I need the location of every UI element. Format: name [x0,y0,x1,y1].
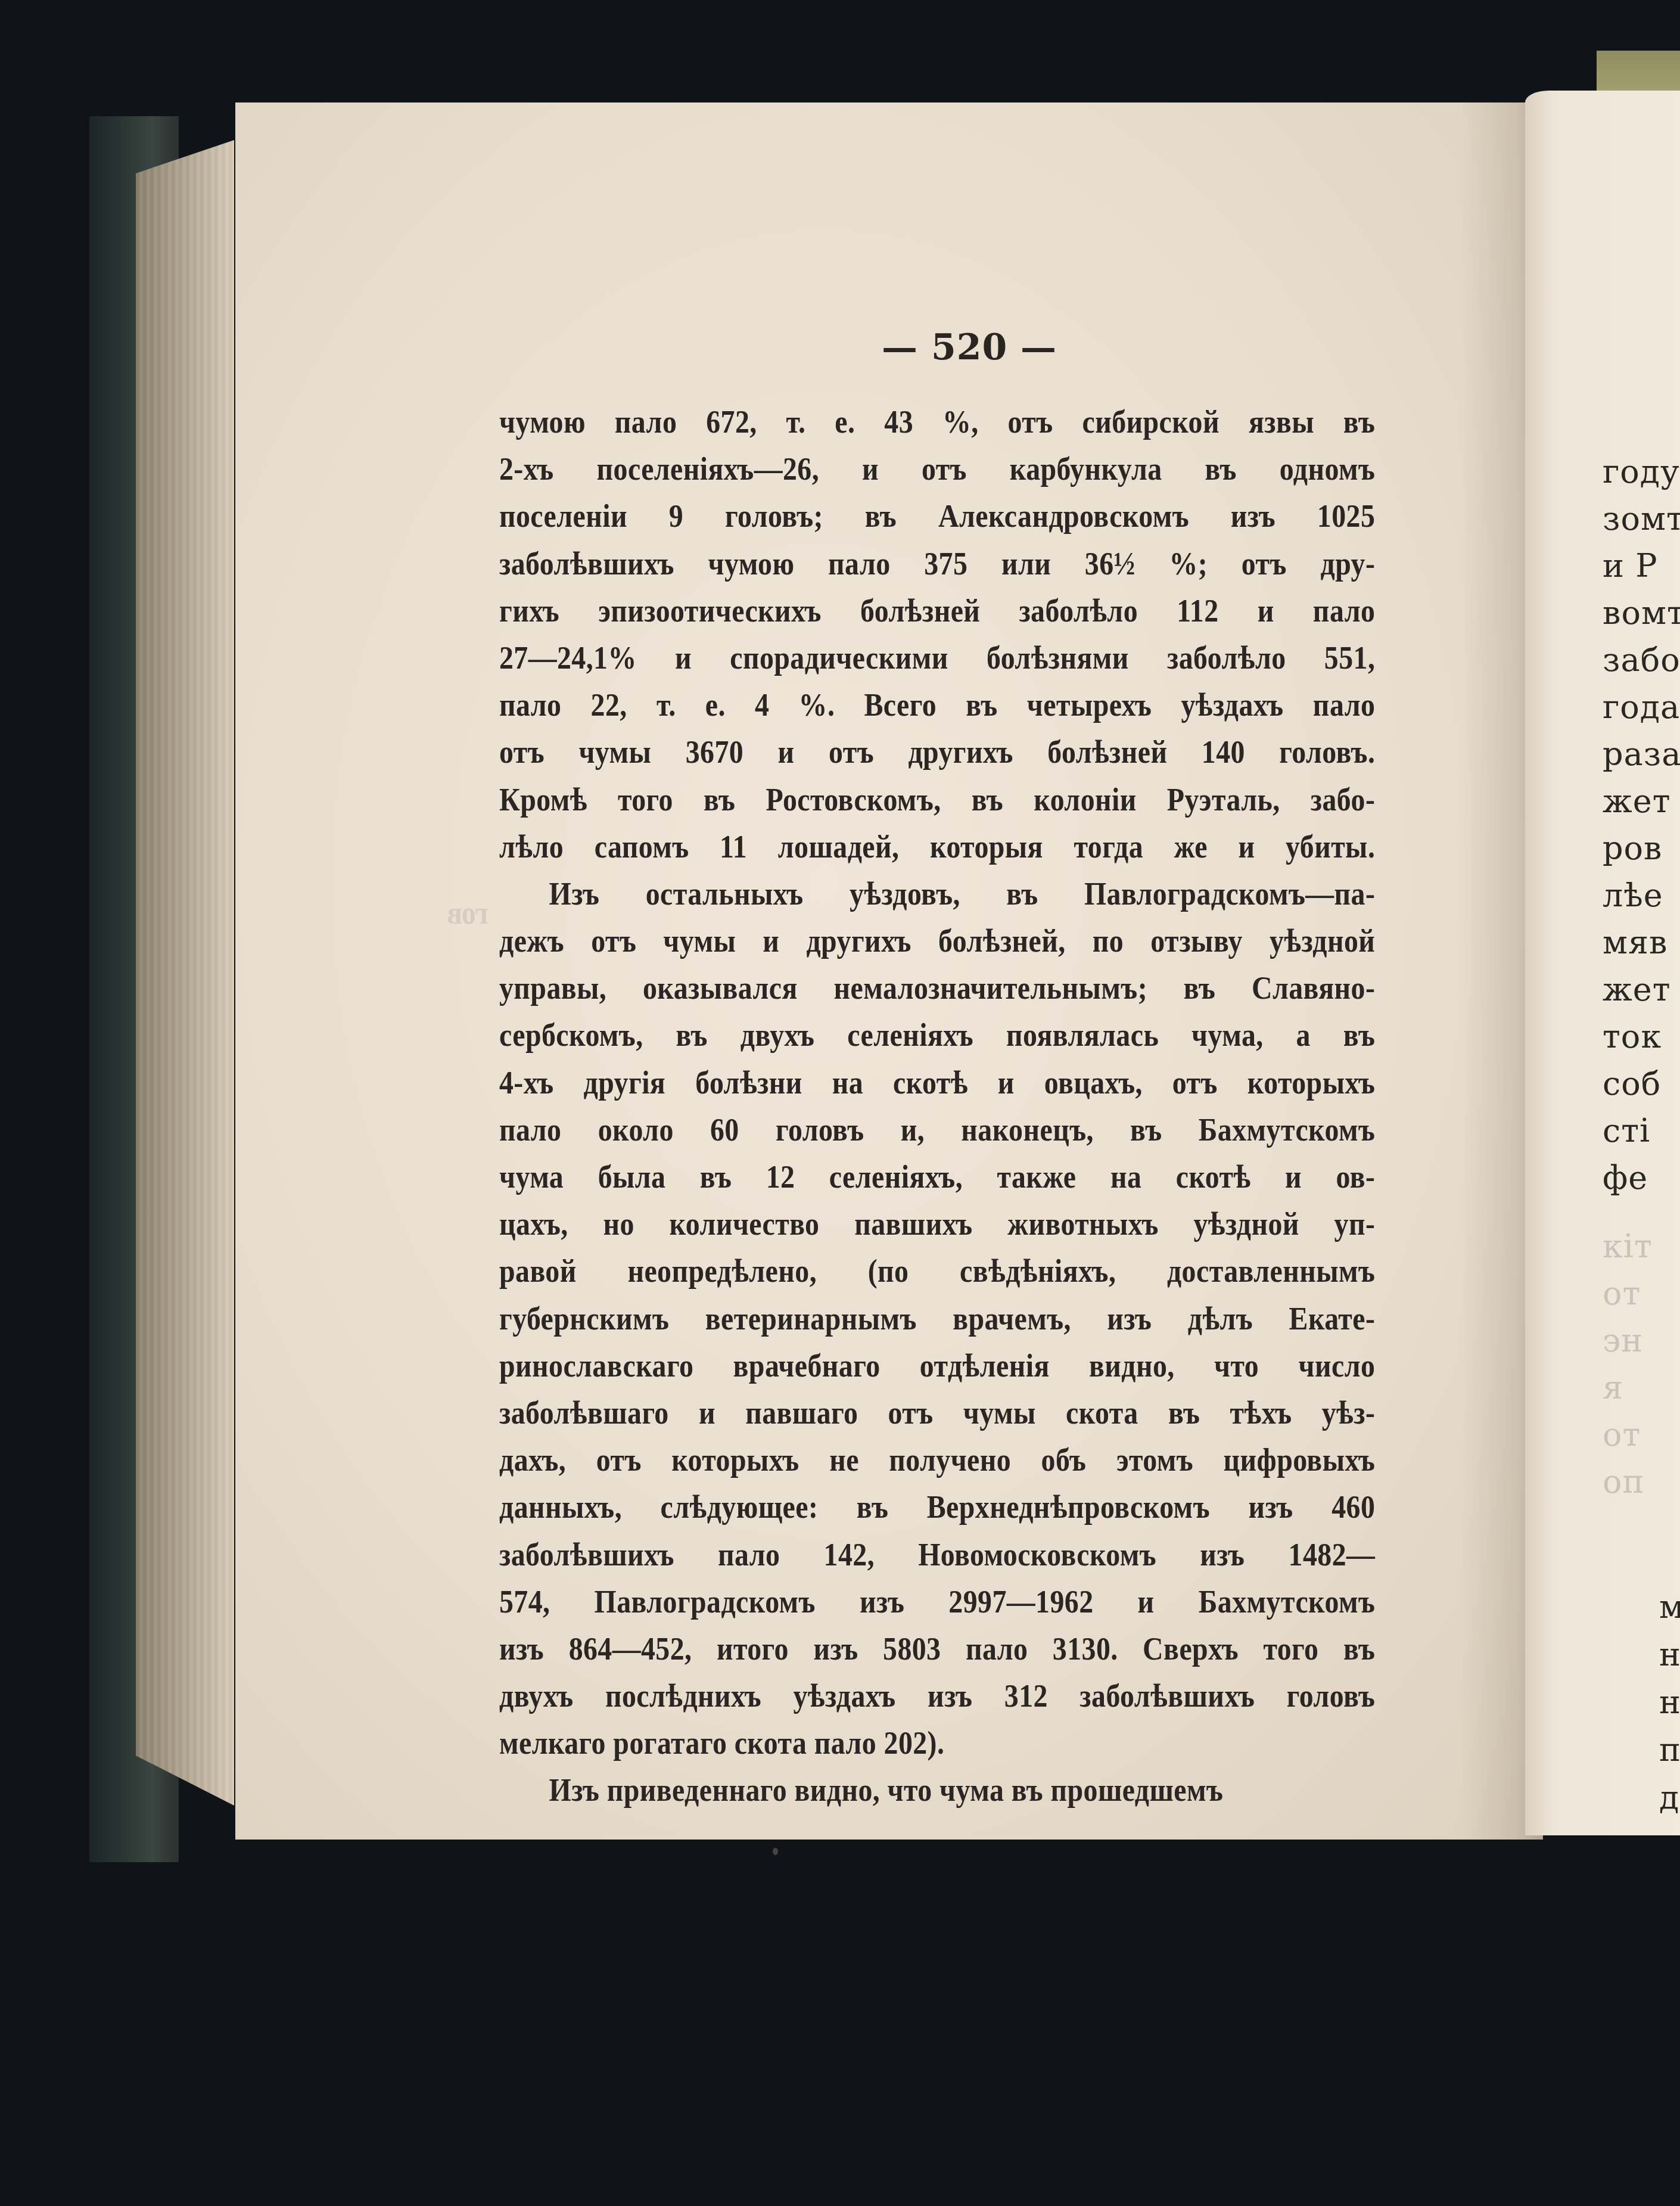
text-line: двухъ послѣднихъ уѣздахъ изъ 312 заболѣв… [499,1672,1375,1719]
right-page-line: году [1603,453,1680,490]
text-line: заболѣвшихъ чумою пало 375 или 36½ %; от… [499,540,1375,587]
right-page-line: вомт [1603,594,1680,632]
body-text: чумою пало 672, т. е. 43 %, отъ сибирско… [499,398,1375,1814]
text-line: гихъ эпизоотическихъ болѣзней заболѣло 1… [499,587,1375,634]
right-page-line: зомт [1603,500,1680,537]
ribbon-bookmark [1597,51,1680,95]
text-line: заболѣвшихъ пало 142, Новомосковскомъ из… [499,1531,1375,1578]
text-line: данныхъ, слѣдующее: въ Верхнеднѣпровском… [499,1483,1375,1530]
right-page-line: соб [1603,1065,1661,1102]
ink-speck [773,1848,778,1855]
text-line: заболѣвшаго и павшаго отъ чумы скота въ … [499,1389,1375,1436]
right-page-line: жет [1603,782,1671,820]
text-line: губернскимъ ветеринарнымъ врачемъ, изъ д… [499,1295,1375,1342]
right-page-bleed-line: я [1603,1369,1623,1406]
text-line: 4-хъ другія болѣзни на скотѣ и овцахъ, о… [499,1059,1375,1106]
right-page-line: ни [1659,1636,1680,1673]
right-page-line: и Р [1603,547,1658,585]
right-page-bleed-line: кіт [1603,1228,1653,1265]
text-line: цахъ, но количество павшихъ животныхъ уѣ… [499,1200,1375,1247]
right-page-line: д [1659,1779,1679,1816]
right-page-line: фе [1603,1159,1648,1197]
text-line: дежъ отъ чумы и другихъ болѣзней, по отз… [499,917,1375,964]
text-line: Изъ остальныхъ уѣздовъ, въ Павлоградском… [499,870,1375,917]
text-line: Кромѣ того въ Ростовскомъ, въ колоніи Ру… [499,776,1375,823]
text-line: 27—24,1% и спорадическими болѣзнями забо… [499,634,1375,681]
right-page-line: ток [1603,1018,1662,1055]
right-page-line: сті [1603,1112,1650,1149]
page-stack-edge [136,140,234,1806]
right-page-line: ров [1603,829,1662,867]
text-line: мелкаго рогатаго скота пало 202). [499,1719,1375,1766]
text-line: пало 22, т. е. 4 %. Всего въ четырехъ уѣ… [499,681,1375,728]
text-line: сербскомъ, въ двухъ селеніяхъ появлялась… [499,1011,1375,1058]
text-line: чумою пало 672, т. е. 43 %, отъ сибирско… [499,398,1375,445]
text-line: чума была въ 12 селеніяхъ, также на скот… [499,1153,1375,1200]
right-page-line: мяв [1603,924,1667,961]
right-page-line: по [1659,1731,1680,1769]
text-line: ринославскаго врачебнаго отдѣленія видно… [499,1342,1375,1389]
text-line: 574, Павлоградскомъ изъ 2997—1962 и Бахм… [499,1578,1375,1625]
text-line: Изъ приведеннаго видно, что чума въ прош… [499,1766,1375,1813]
right-page-bleed-line: оп [1603,1463,1645,1500]
right-page-line: жет [1603,971,1671,1008]
bleed-through-text: гов [447,894,488,931]
text-line: управы, оказывался немалозначительнымъ; … [499,964,1375,1011]
right-page-bleed-line: от [1603,1275,1641,1312]
right-page-bleed-line: от [1603,1416,1641,1453]
text-line: равой неопредѣлено, (по свѣдѣніяхъ, дост… [499,1247,1375,1294]
text-line: лѣло сапомъ 11 лошадей, которыя тогда же… [499,823,1375,870]
right-page-line: на [1659,1683,1680,1721]
text-line: дахъ, отъ которыхъ не получено объ этомъ… [499,1436,1375,1483]
right-page-bleed-line: эн [1603,1322,1643,1359]
right-page-line: лѣе [1603,877,1663,914]
page-number: — 520 — [882,327,1057,368]
text-line: изъ 864—452, итого изъ 5803 пало 3130. С… [499,1625,1375,1672]
text-line: 2-хъ поселеніяхъ—26, и отъ карбункула въ… [499,445,1375,492]
text-line: поселеніи 9 головъ; въ Александровскомъ … [499,492,1375,539]
text-line: пало около 60 головъ и, наконецъ, въ Бах… [499,1106,1375,1153]
right-page [1525,91,1680,1835]
right-page-line: ма [1659,1588,1680,1626]
right-page-line: забо [1603,641,1680,679]
right-page-line: раза [1603,735,1680,773]
text-line: отъ чумы 3670 и отъ другихъ болѣзней 140… [499,728,1375,775]
right-page-line: года [1603,688,1680,726]
